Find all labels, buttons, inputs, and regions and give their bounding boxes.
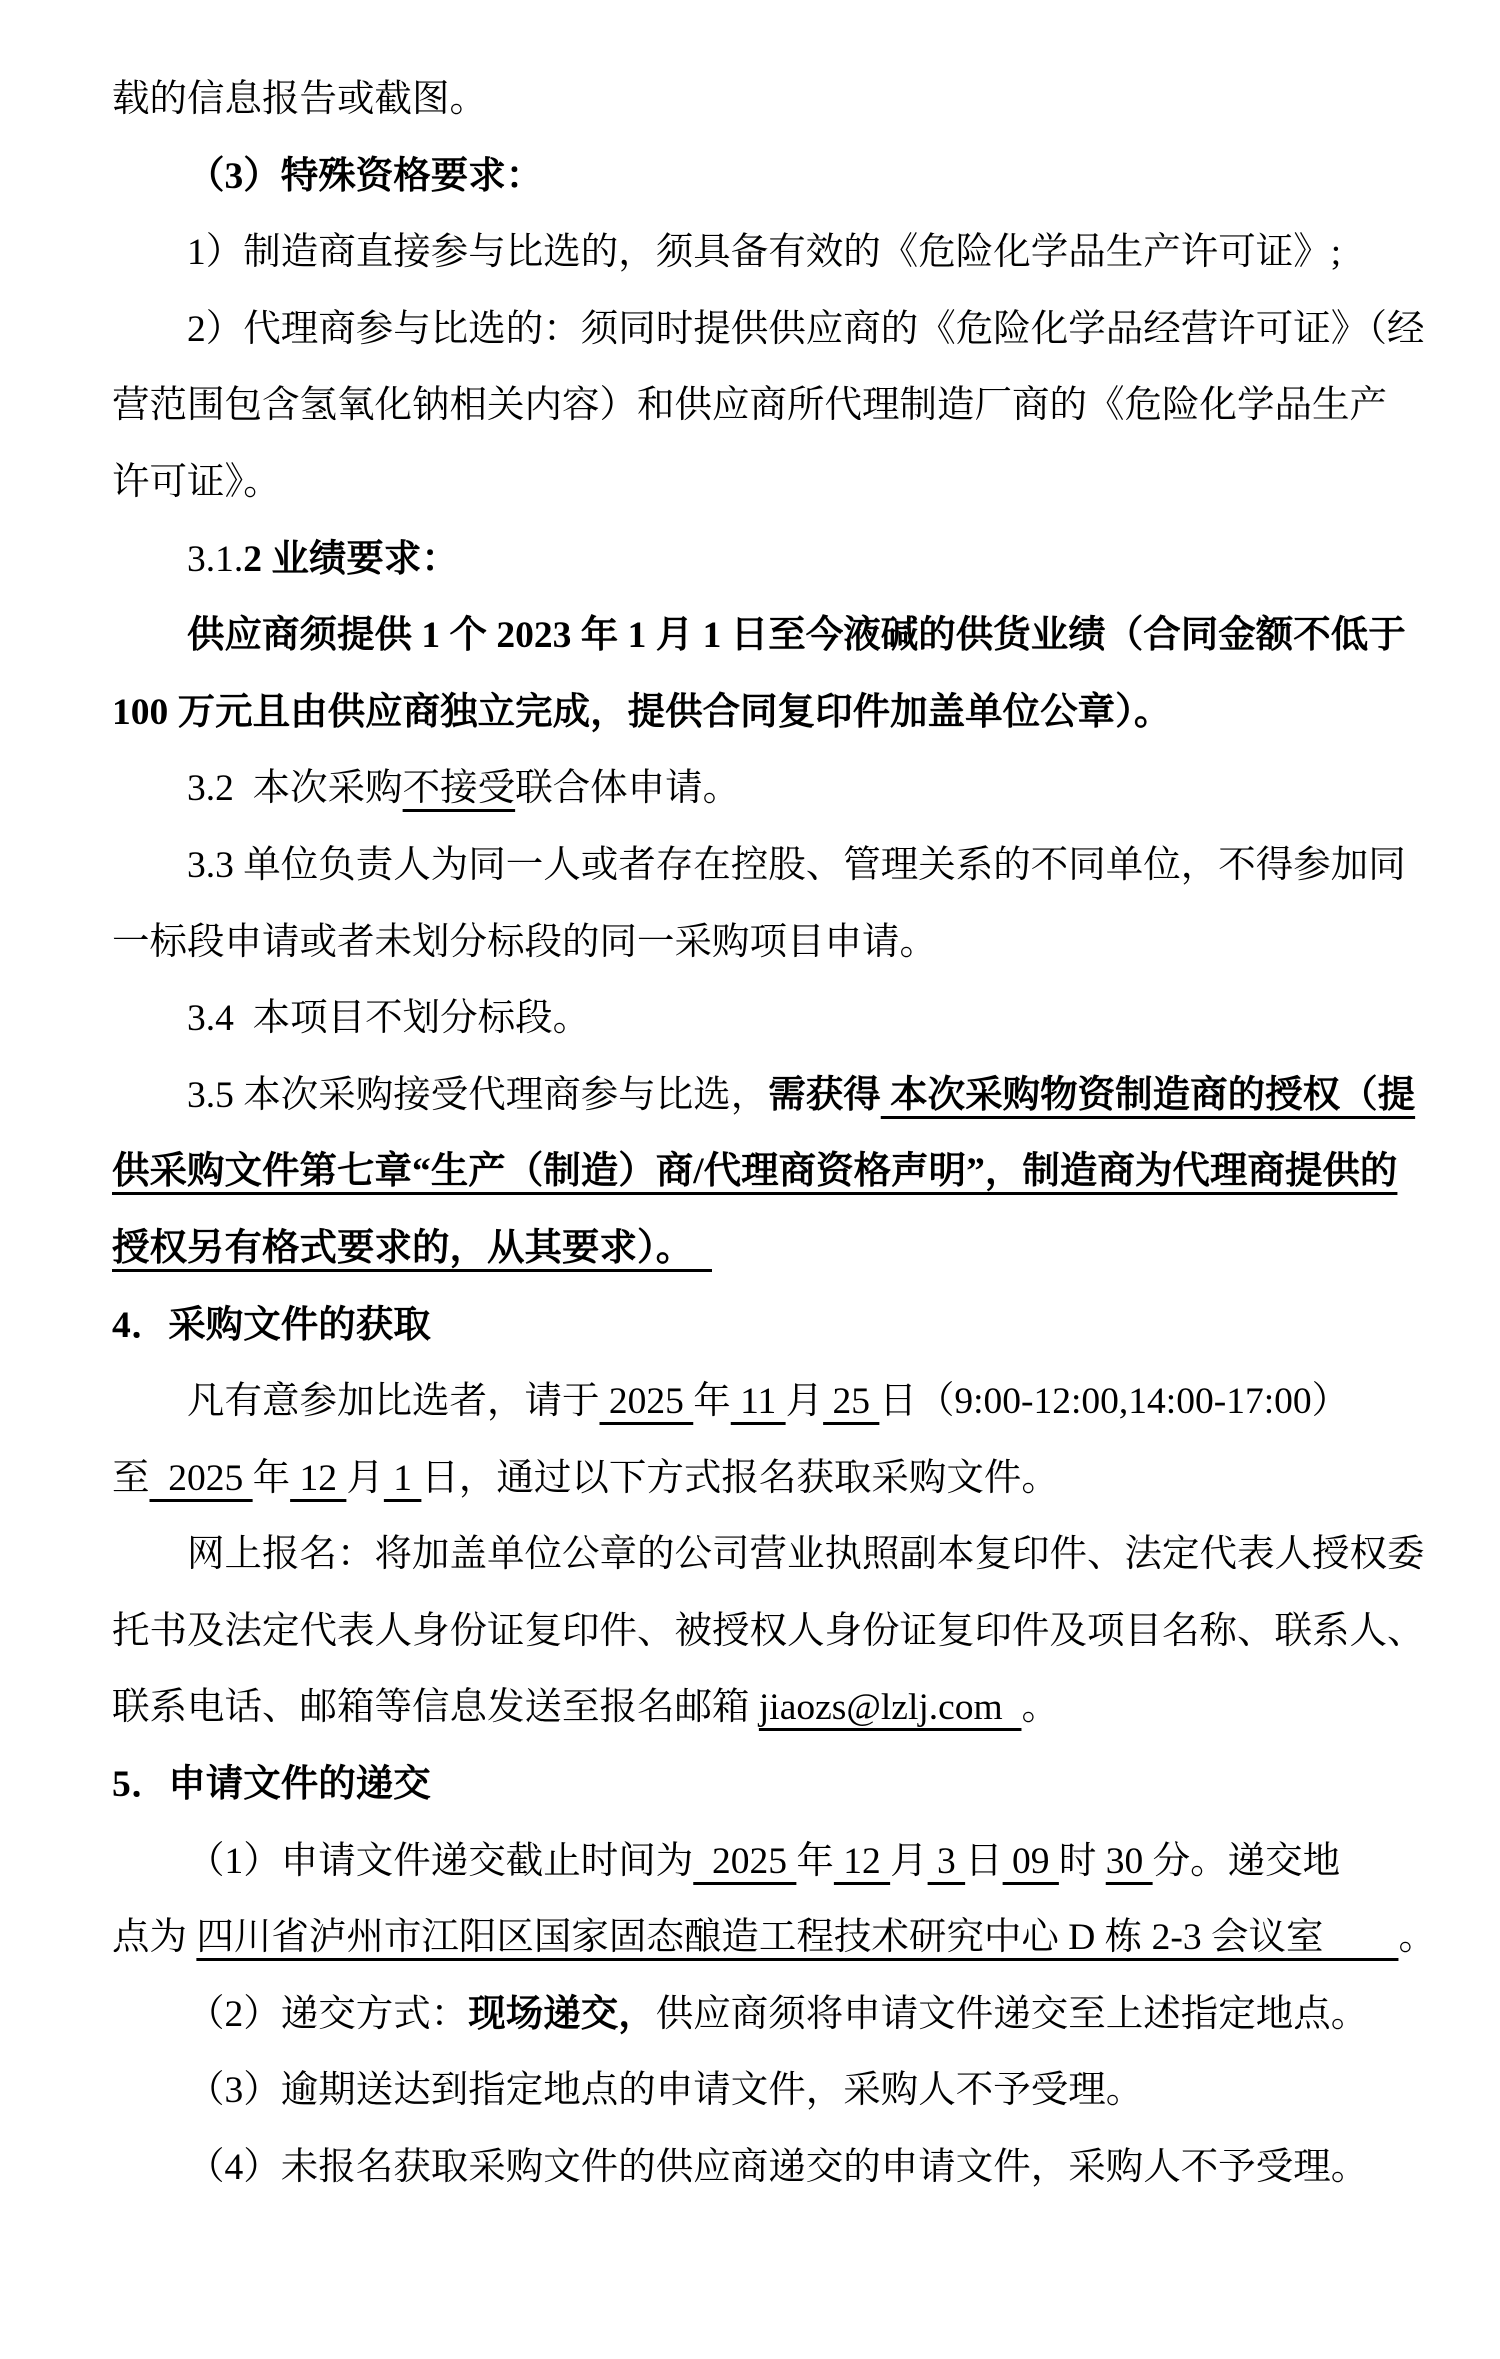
text-segment: 3.4 本项目不划分标段。 — [187, 998, 590, 1039]
text-segment: 托书及法定代表人身份证复印件、被授权人身份证复印件及项目名称、联系人、 — [112, 1611, 1425, 1652]
paragraph-line: 2）代理商参与比选的：须同时提供供应商的《危险化学品经营许可证》（经 — [112, 292, 1392, 369]
text-segment: 日（9:00-12:00,14:00-17:00） — [879, 1381, 1349, 1422]
email-address: jiaozs@lzlj.com — [759, 1687, 1022, 1728]
paragraph-line: 托书及法定代表人身份证复印件、被授权人身份证复印件及项目名称、联系人、 — [112, 1594, 1392, 1671]
heading-text: （3）特殊资格要求： — [187, 156, 543, 197]
text-segment: 日，通过以下方式报名获取采购文件。 — [421, 1458, 1059, 1499]
text-segment: 3.5 本次采购接受代理商参与比选， — [187, 1075, 768, 1116]
authorization-requirement-text: 本次采购物资制造商的授权（提 — [881, 1075, 1415, 1116]
document-page: 载的信息报告或截图。 （3）特殊资格要求： 1）制造商直接参与比选的，须具备有效… — [0, 0, 1500, 2359]
text-segment: （2）递交方式： — [187, 1994, 468, 2035]
text-segment: 1）制造商直接参与比选的，须具备有效的《危险化学品生产许可证》; — [187, 232, 1341, 273]
paragraph-line: 一标段申请或者未划分标段的同一采购项目申请。 — [112, 905, 1392, 982]
authorization-requirement-text: 供采购文件第七章“生产（制造）商/代理商资格声明”，制造商为代理商提供的 — [112, 1151, 1397, 1192]
submission-location: 四川省泸州市江阳区国家固态酿造工程技术研究中心 D 栋 2-3 会议室 — [196, 1917, 1398, 1958]
text-segment: 至 — [112, 1458, 150, 1499]
date-day-blank: 25 — [823, 1381, 879, 1422]
text-segment: 网上报名：将加盖单位公章的公司营业执照副本复印件、法定代表人授权委 — [187, 1534, 1425, 1575]
paragraph-line: 供应商须提供 1 个 2023 年 1 月 1 日至今液碱的供货业绩（合同金额不… — [112, 598, 1392, 675]
onsite-delivery-emphasis: 现场递交， — [468, 1994, 656, 2035]
date-day-blank: 1 — [384, 1458, 422, 1499]
paragraph-line: （2）递交方式：现场递交，供应商须将申请文件递交至上述指定地点。 — [112, 1977, 1392, 2054]
paragraph-line: 3.3 单位负责人为同一人或者存在控股、管理关系的不同单位，不得参加同 — [112, 828, 1392, 905]
text-segment: 载的信息报告或截图。 — [112, 79, 487, 120]
text-segment: 年 — [253, 1458, 291, 1499]
text-segment: 时 — [1059, 1841, 1106, 1882]
paragraph-line: 联系电话、邮箱等信息发送至报名邮箱 jiaozs@lzlj.com 。 — [112, 1670, 1392, 1747]
text-segment: 2）代理商参与比选的：须同时提供供应商的《危险化学品经营许可证》（经 — [187, 309, 1425, 350]
text-segment: 联合体申请。 — [515, 768, 740, 809]
date-year-blank: 2025 — [600, 1381, 694, 1422]
text-segment: 3.3 单位负责人为同一人或者存在控股、管理关系的不同单位，不得参加同 — [187, 845, 1406, 886]
paragraph-line: 网上报名：将加盖单位公章的公司营业执照副本复印件、法定代表人授权委 — [112, 1517, 1392, 1594]
heading-text: 5．申请文件的递交 — [112, 1764, 431, 1805]
section-heading-doc-acquisition: 4．采购文件的获取 — [112, 1288, 1392, 1365]
paragraph-line: 至 2025 年 12 月 1 日，通过以下方式报名获取采购文件。 — [112, 1441, 1392, 1518]
section-number: 3.1. — [187, 539, 243, 580]
paragraph-line: 供采购文件第七章“生产（制造）商/代理商资格声明”，制造商为代理商提供的 — [112, 1134, 1392, 1211]
paragraph-line: 1）制造商直接参与比选的，须具备有效的《危险化学品生产许可证》; — [112, 215, 1392, 292]
time-minute-blank: 30 — [1106, 1841, 1153, 1882]
paragraph-line: 点为 四川省泸州市江阳区国家固态酿造工程技术研究中心 D 栋 2-3 会议室 。 — [112, 1900, 1392, 1977]
date-year-blank: 2025 — [150, 1458, 253, 1499]
text-segment: 一标段申请或者未划分标段的同一采购项目申请。 — [112, 922, 937, 963]
date-year-blank: 2025 — [693, 1841, 796, 1882]
paragraph-line: 营范围包含氢氧化钠相关内容）和供应商所代理制造厂商的《危险化学品生产 — [112, 368, 1392, 445]
text-segment: 。 — [1021, 1687, 1059, 1728]
text-segment: 分。递交地 — [1153, 1841, 1341, 1882]
text-segment: 3.2 本次采购 — [187, 768, 403, 809]
text-segment: 月 — [346, 1458, 384, 1499]
paragraph-line: 凡有意参加比选者，请于 2025 年 11 月 25 日（9:00-12:00,… — [112, 1364, 1392, 1441]
authorization-requirement-text: 授权另有格式要求的，从其要求）。 — [112, 1228, 712, 1269]
emphasis-text: 需获得 — [768, 1075, 881, 1116]
text-segment: 年 — [693, 1381, 731, 1422]
text-segment: 月 — [890, 1841, 928, 1882]
date-day-blank: 3 — [928, 1841, 966, 1882]
text-segment: 100 万元且由供应商独立完成，提供合同复印件加盖单位公章）。 — [112, 692, 1171, 733]
text-segment: 联系电话、邮箱等信息发送至报名邮箱 — [112, 1687, 759, 1728]
text-segment: 年 — [796, 1841, 834, 1882]
paragraph-line: 载的信息报告或截图。 — [112, 62, 1392, 139]
paragraph-line: （4）未报名获取采购文件的供应商递交的申请文件，采购人不予受理。 — [112, 2130, 1392, 2207]
text-segment: （1）申请文件递交截止时间为 — [187, 1841, 693, 1882]
time-hour-blank: 09 — [1003, 1841, 1059, 1882]
paragraph-line: （3）逾期送达到指定地点的申请文件，采购人不予受理。 — [112, 2053, 1392, 2130]
date-month-blank: 11 — [731, 1381, 786, 1422]
text-segment: 。 — [1398, 1917, 1436, 1958]
date-month-blank: 12 — [834, 1841, 890, 1882]
date-month-blank: 12 — [290, 1458, 346, 1499]
no-consortium-emphasis: 不接受 — [403, 768, 516, 809]
section-heading-performance-requirements: 3.1.2 业绩要求： — [112, 522, 1392, 599]
paragraph-line: 许可证》。 — [112, 445, 1392, 522]
paragraph-line: （1）申请文件递交截止时间为 2025 年 12 月 3 日 09 时 30 分… — [112, 1824, 1392, 1901]
text-segment: （4）未报名获取采购文件的供应商递交的申请文件，采购人不予受理。 — [187, 2147, 1368, 2188]
section-heading-doc-submission: 5．申请文件的递交 — [112, 1747, 1392, 1824]
text-segment: 点为 — [112, 1917, 196, 1958]
heading-text: 4．采购文件的获取 — [112, 1305, 431, 1346]
heading-text: 2 业绩要求： — [243, 539, 459, 580]
text-segment: 许可证》。 — [112, 462, 281, 503]
paragraph-line: 3.2 本次采购不接受联合体申请。 — [112, 751, 1392, 828]
paragraph-line: 3.5 本次采购接受代理商参与比选，需获得 本次采购物资制造商的授权（提 — [112, 1058, 1392, 1135]
text-segment: 供应商须提供 1 个 2023 年 1 月 1 日至今液碱的供货业绩（合同金额不… — [187, 615, 1406, 656]
paragraph-line: 100 万元且由供应商独立完成，提供合同复印件加盖单位公章）。 — [112, 675, 1392, 752]
text-segment: 凡有意参加比选者，请于 — [187, 1381, 600, 1422]
paragraph-line: 授权另有格式要求的，从其要求）。 — [112, 1211, 1392, 1288]
text-segment: 营范围包含氢氧化钠相关内容）和供应商所代理制造厂商的《危险化学品生产 — [112, 385, 1387, 426]
text-segment: 月 — [786, 1381, 824, 1422]
section-heading-special-qualifications: （3）特殊资格要求： — [112, 139, 1392, 216]
text-segment: 日 — [965, 1841, 1003, 1882]
text-segment: 供应商须将申请文件递交至上述指定地点。 — [656, 1994, 1369, 2035]
text-segment: （3）逾期送达到指定地点的申请文件，采购人不予受理。 — [187, 2070, 1143, 2111]
paragraph-line: 3.4 本项目不划分标段。 — [112, 981, 1392, 1058]
